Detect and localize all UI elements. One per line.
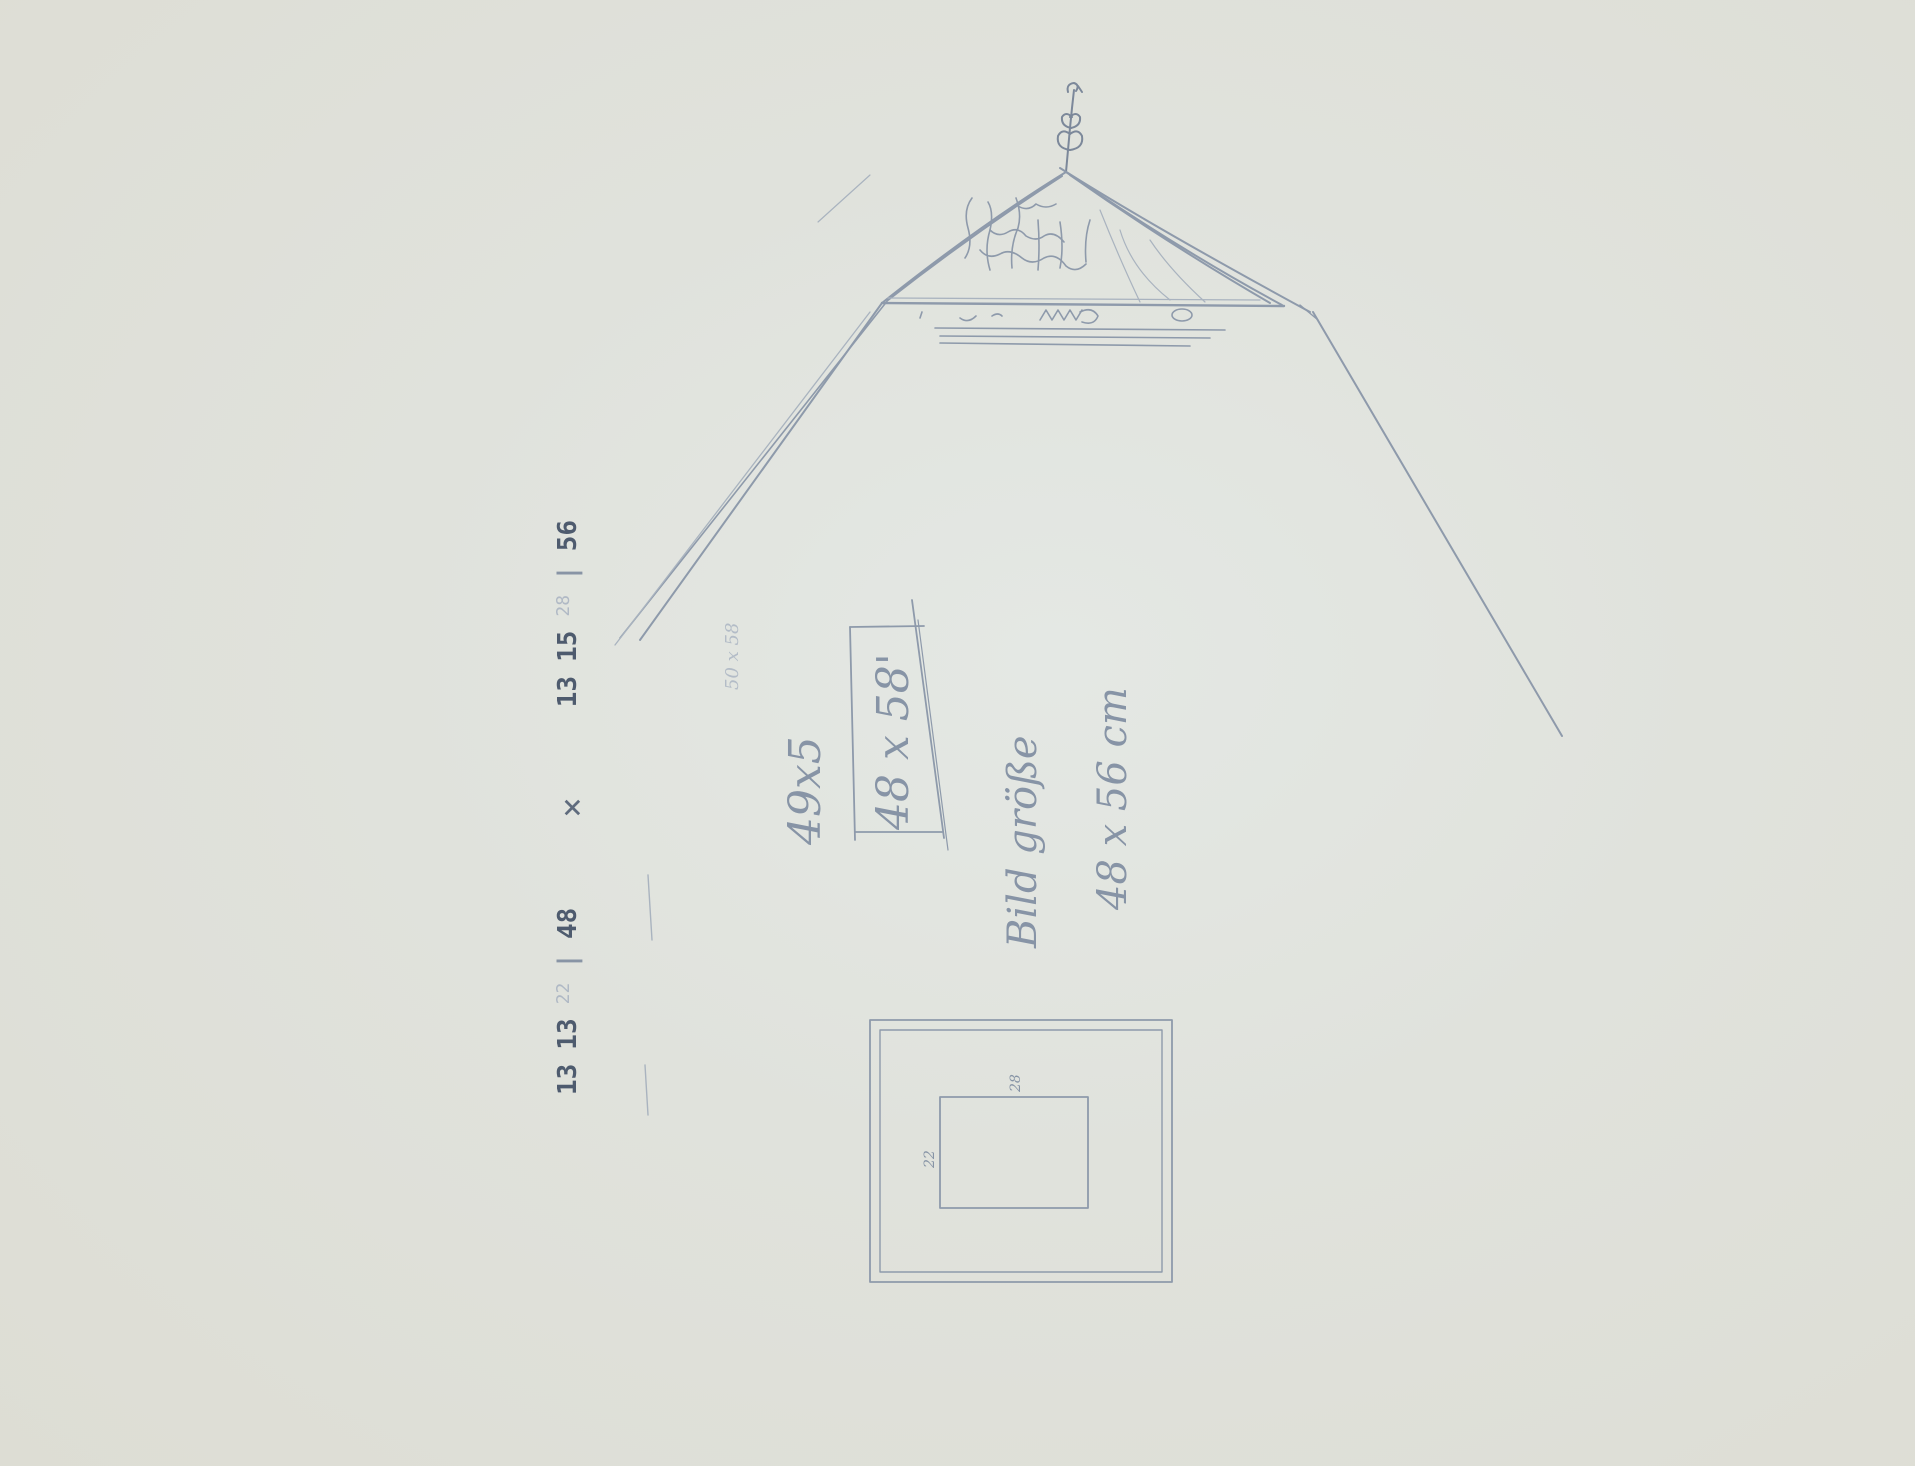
calc-1-term: 13 bbox=[555, 1018, 581, 1049]
calc-2-term: 28 bbox=[555, 595, 581, 617]
faint-dimension-note: 50 x 58 bbox=[722, 623, 743, 690]
roof-outline bbox=[882, 168, 1310, 312]
pyramid-sketch bbox=[0, 0, 1915, 1466]
calc-1-sum: 48 bbox=[555, 908, 581, 939]
dimension-note-49: 49x5 bbox=[780, 736, 831, 845]
inner-width-label: 28 bbox=[1008, 1074, 1024, 1092]
pyramid-flanks bbox=[615, 175, 1562, 736]
calc-1-term: 13 bbox=[555, 1064, 581, 1095]
calculation-column-2: 13 15 28 | 56 bbox=[555, 520, 581, 707]
eave-decoration bbox=[920, 309, 1225, 346]
calc-2-term: 13 bbox=[555, 676, 581, 707]
calc-1-term: 22 bbox=[555, 983, 581, 1005]
inner-height-label: 22 bbox=[922, 1150, 938, 1168]
calc-2-term: 15 bbox=[555, 631, 581, 662]
calculation-column-1: 13 13 22 | 48 bbox=[555, 908, 581, 1095]
image-size-value: 48 x 56 cm bbox=[1090, 687, 1136, 910]
frame-diagram bbox=[870, 1020, 1172, 1282]
finial-ornament bbox=[1058, 83, 1083, 172]
calc-2-sum: 56 bbox=[555, 520, 581, 551]
image-size-label: Bild größe bbox=[1000, 736, 1046, 949]
multiply-sign: × bbox=[555, 797, 589, 817]
paper-sheet: 50 x 58 49x5 48 x 58' Bild größe 48 x 56… bbox=[0, 0, 1915, 1466]
boxed-dimension-note: 48 x 58' bbox=[868, 653, 919, 830]
calculation-block: 13 13 22 | 48 × 13 15 28 | 56 bbox=[555, 520, 589, 1095]
calculation-lines bbox=[645, 875, 652, 1115]
